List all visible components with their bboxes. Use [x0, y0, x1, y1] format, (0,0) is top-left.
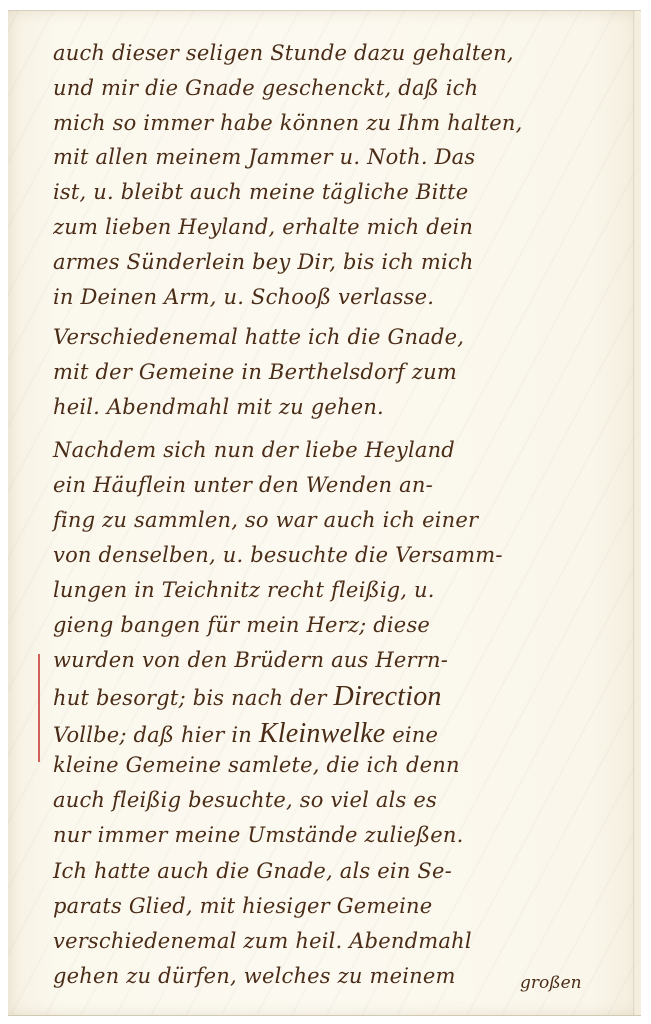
text-line: gieng bangen für mein Herz; diese — [53, 613, 430, 637]
text-line: mich so immer habe können zu Ihm halten, — [53, 111, 523, 135]
text-line-part: eine — [392, 723, 438, 747]
text-line: gehen zu dürfen, welches zu meinem — [53, 964, 456, 988]
text-line: fing zu sammlen, so war auch ich einer — [53, 508, 478, 532]
text-line: in Deinen Arm, u. Schooß verlasse. — [53, 285, 434, 309]
text-line: zum lieben Heyland, erhalte mich dein — [53, 215, 473, 239]
text-line: mit allen meinem Jammer u. Noth. Das — [53, 145, 475, 169]
text-line: lungen in Teichnitz recht fleißig, u. — [53, 578, 435, 602]
text-line: ist, u. bleibt auch meine tägliche Bitte — [53, 180, 468, 204]
text-line: auch fleißig besuchte, so viel als es — [53, 788, 437, 812]
scanned-manuscript: auch dieser seligen Stunde dazu gehalten… — [0, 0, 651, 1024]
text-line: armes Sünderlein bey Dir, bis ich mich — [53, 250, 474, 274]
manuscript-page: auch dieser seligen Stunde dazu gehalten… — [8, 10, 641, 1016]
text-line: auch dieser seligen Stunde dazu gehalten… — [53, 41, 514, 65]
latin-word-kleinwelke: Kleinwelke — [259, 718, 385, 749]
text-line: Ich hatte auch die Gnade, als ein Se- — [53, 859, 452, 883]
text-line: mit der Gemeine in Berthelsdorf zum — [53, 360, 457, 384]
text-line: hut besorgt; bis nach der Direction — [53, 681, 442, 713]
text-line: wurden von den Brüdern aus Herrn- — [53, 648, 448, 672]
catchword: großen — [520, 973, 582, 993]
text-line: Nachdem sich nun der liebe Heyland — [53, 438, 455, 462]
red-margin-mark — [38, 654, 40, 762]
page-edge — [635, 11, 641, 1015]
text-line: kleine Gemeine samlete, die ich denn — [53, 753, 460, 777]
text-line: Vollbe; daß hier in Kleinwelke eine — [53, 718, 438, 750]
text-line: ein Häuflein unter den Wenden an- — [53, 473, 433, 497]
text-line: verschiedenemal zum heil. Abendmahl — [53, 929, 472, 953]
text-line: parats Glied, mit hiesiger Gemeine — [53, 894, 432, 918]
text-line: heil. Abendmahl mit zu gehen. — [53, 395, 384, 419]
latin-word-direction: Direction — [334, 681, 442, 712]
text-line: von denselben, u. besuchte die Versamm- — [53, 543, 503, 567]
text-line-part: hut besorgt; bis nach der — [53, 686, 327, 710]
text-line: nur immer meine Umstände zuließen. — [53, 823, 463, 847]
text-line-part: Vollbe; daß hier in — [53, 723, 252, 747]
text-line: Verschiedenemal hatte ich die Gnade, — [53, 325, 464, 349]
text-line: und mir die Gnade geschenckt, daß ich — [53, 76, 478, 100]
